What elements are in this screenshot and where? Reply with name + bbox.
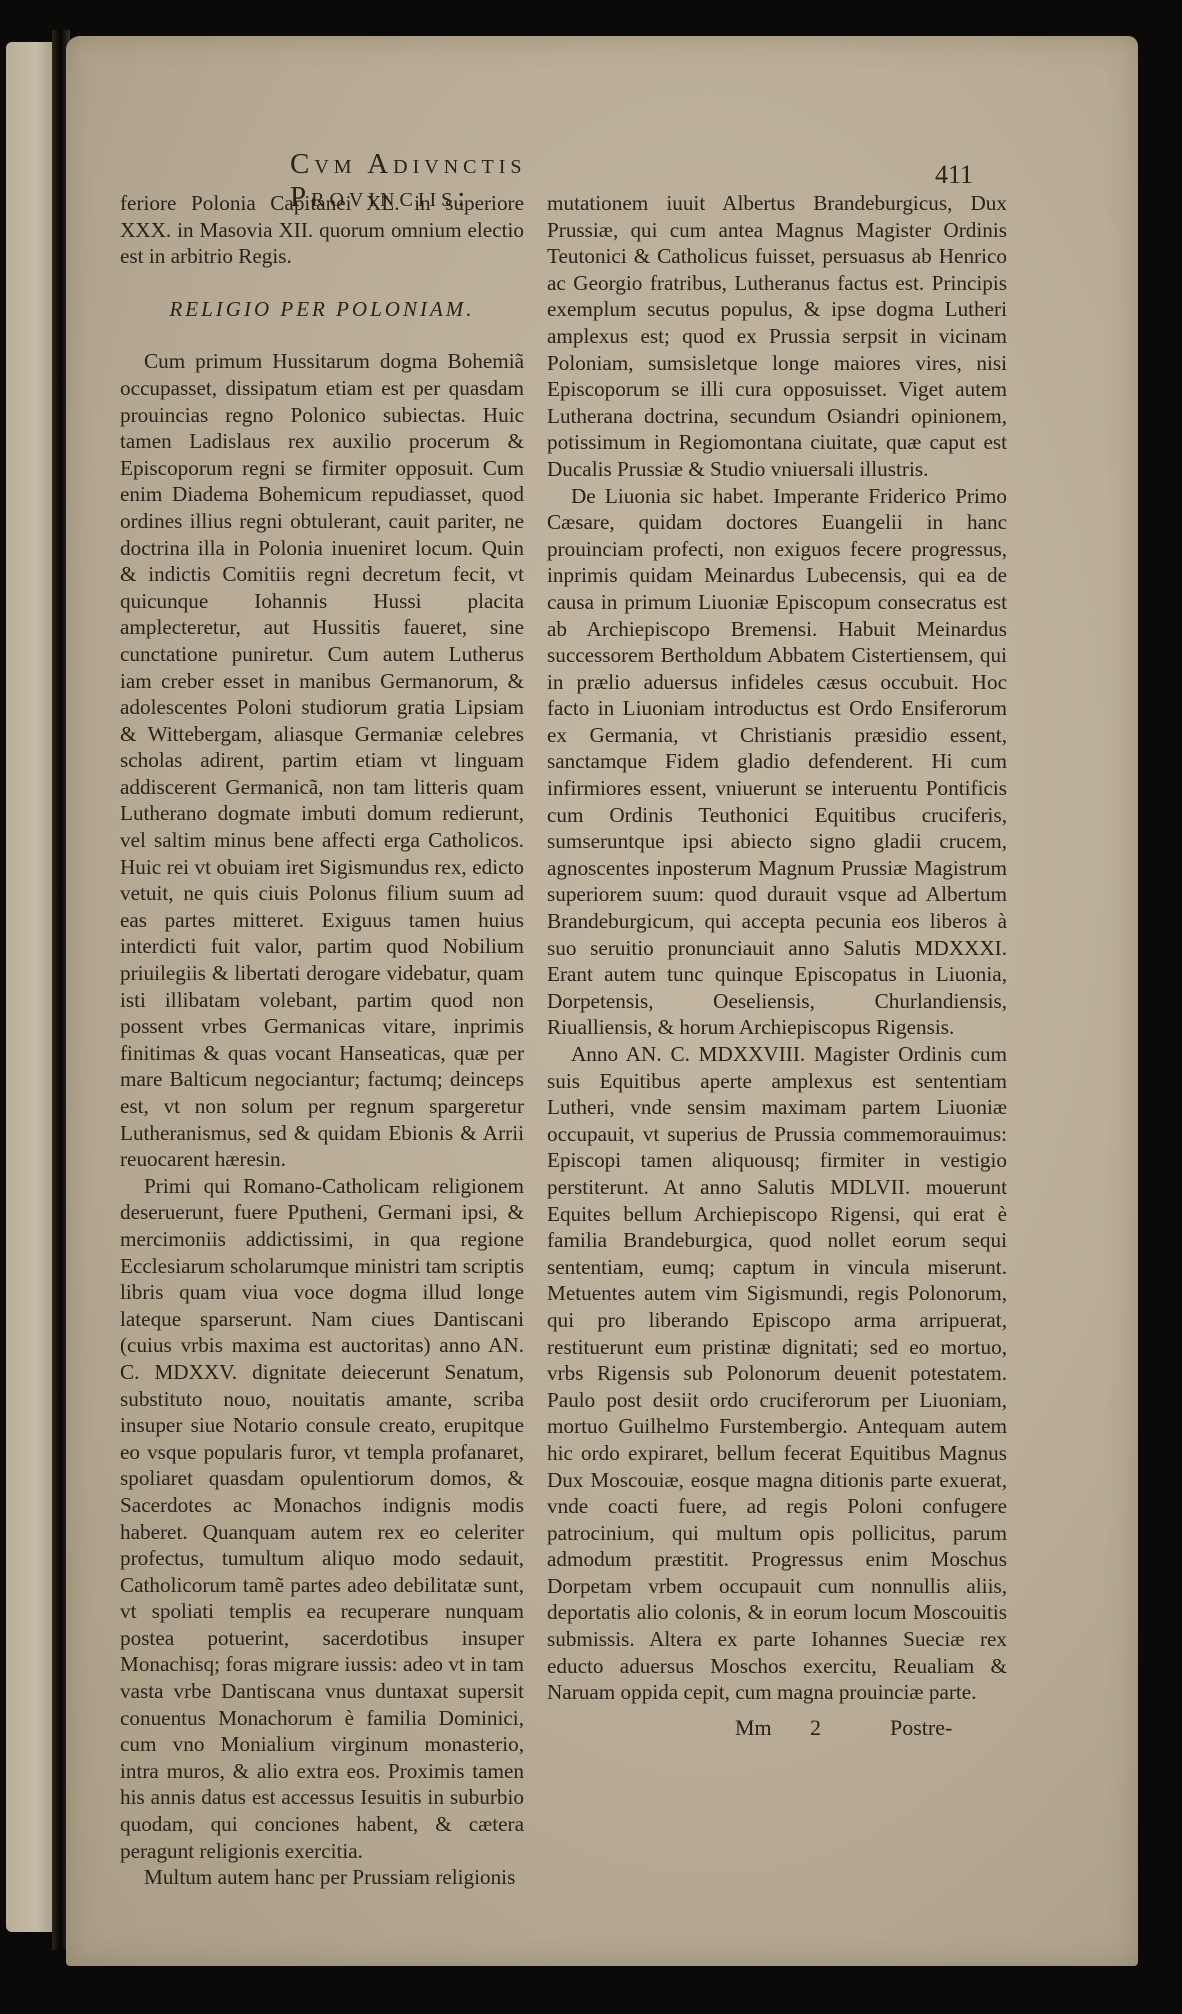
paragraph: Multum autem hanc per Prussiam religioni… bbox=[120, 1864, 524, 1891]
paragraph: De Liuonia sic habet. Imperante Frideric… bbox=[547, 483, 1007, 1041]
paragraph: Anno AN. C. MDXXVIII. Magister Ordinis c… bbox=[547, 1041, 1007, 1706]
paragraph: mutationem iuuit Albertus Brandeburgicus… bbox=[547, 190, 1007, 483]
right-column: mutationem iuuit Albertus Brandeburgicus… bbox=[547, 190, 1007, 1706]
catchword: Postre- bbox=[890, 1715, 952, 1741]
paragraph: Cum primum Hussitarum dogma Bohemiã occu… bbox=[120, 348, 524, 1172]
page-number: 411 bbox=[935, 160, 973, 190]
paragraph: Primi qui Romano-Catholicam religionem d… bbox=[120, 1173, 524, 1864]
opening-paragraph: feriore Polonia Capitanei XL. in superio… bbox=[120, 190, 524, 270]
signature-mark: Mm bbox=[735, 1715, 772, 1741]
section-title: RELIGIO PER POLONIAM. bbox=[120, 296, 524, 323]
signature-number: 2 bbox=[810, 1715, 821, 1741]
left-column: feriore Polonia Capitanei XL. in superio… bbox=[120, 190, 524, 1891]
previous-page-edge bbox=[6, 42, 56, 1932]
